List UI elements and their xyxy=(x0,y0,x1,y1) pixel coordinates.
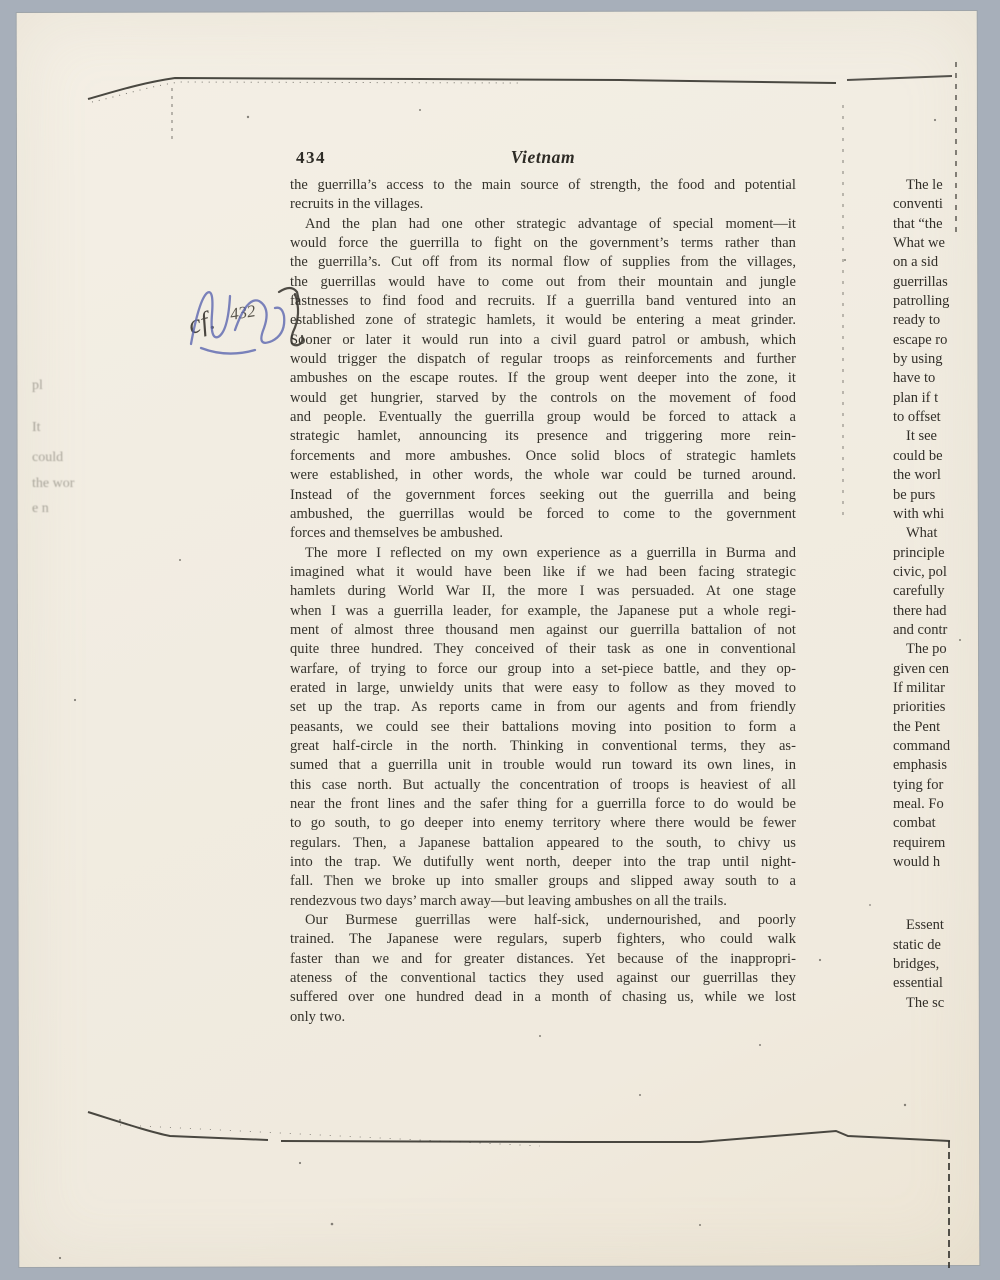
right-column-line: meal. Fo xyxy=(893,795,979,814)
right-column-line: The sc xyxy=(893,994,979,1013)
right-column-line: and contr xyxy=(893,621,979,640)
text-line: The more I reflected on my own experienc… xyxy=(290,544,796,563)
right-column-line: What xyxy=(893,524,979,543)
text-line: were established, in other words, the wh… xyxy=(290,466,796,485)
text-line: Sooner or later it would run into a civi… xyxy=(290,331,796,350)
right-column-line: plan if t xyxy=(893,389,979,408)
main-text-column: the guerrilla’s access to the main sourc… xyxy=(290,176,796,1027)
right-column-line: The po xyxy=(893,640,979,659)
text-line: fastnesses to find food and recruits. If… xyxy=(290,292,796,311)
right-column-line: given cen xyxy=(893,660,979,679)
text-line: great half-circle in the north. Thinking… xyxy=(290,737,796,756)
text-line: peasants, we could see their battalions … xyxy=(290,718,796,737)
running-title: Vietnam xyxy=(290,147,796,168)
right-column-line: tying for xyxy=(893,776,979,795)
right-column-line: on a sid xyxy=(893,253,979,272)
text-line: warfare, of trying to force our group in… xyxy=(290,660,796,679)
right-column-line: by using xyxy=(893,350,979,369)
text-line: suffered over one hundred dead in a mont… xyxy=(290,988,796,1007)
right-column-line: essential xyxy=(893,974,979,993)
text-line: And the plan had one other strategic adv… xyxy=(290,215,796,234)
text-line: and people. Eventually the guerrilla gro… xyxy=(290,408,796,427)
right-column-line: there had xyxy=(893,602,979,621)
right-column-line: be purs xyxy=(893,486,979,505)
right-column-line: combat xyxy=(893,814,979,833)
text-line: quite three hundred. They conceived of t… xyxy=(290,640,796,659)
right-column-line: guerrillas xyxy=(893,273,979,292)
handwritten-annotation: cf. 432 xyxy=(183,278,333,370)
text-line: this case north. But actually the concen… xyxy=(290,776,796,795)
right-column-line: have to xyxy=(893,369,979,388)
text-line: established zone of strategic hamlets, i… xyxy=(290,311,796,330)
text-line: imagined what it would have been like if… xyxy=(290,563,796,582)
text-line: near the front lines and the safer thing… xyxy=(290,795,796,814)
text-line: to go south, to go deeper into enemy ter… xyxy=(290,814,796,833)
right-column-line: civic, pol xyxy=(893,563,979,582)
text-line: strategic hamlet, announcing its presenc… xyxy=(290,427,796,446)
text-line: recruits in the villages. xyxy=(290,195,796,214)
right-column-line: Essent xyxy=(893,916,979,935)
text-line: Instead of the government forces seeking… xyxy=(290,486,796,505)
text-line: ateness of the conventional tactics they… xyxy=(290,969,796,988)
text-line: fall. Then we broke up into smaller grou… xyxy=(290,872,796,891)
text-line: into the trap. We dutifully went north, … xyxy=(290,853,796,872)
right-column-line: emphasis xyxy=(893,756,979,775)
right-column-line: conventi xyxy=(893,195,979,214)
text-line: regulars. Then, a Japanese battalion app… xyxy=(290,834,796,853)
text-line: the guerrillas would have to come out fr… xyxy=(290,273,796,292)
right-column-line: the Pent xyxy=(893,718,979,737)
right-column-line: escape ro xyxy=(893,331,979,350)
text-line: only two. xyxy=(290,1008,796,1027)
right-column-line: patrolling xyxy=(893,292,979,311)
right-column-line: the worl xyxy=(893,466,979,485)
right-column-line: priorities xyxy=(893,698,979,717)
text-line: trained. The Japanese were regulars, sup… xyxy=(290,930,796,949)
right-column-line: carefully xyxy=(893,582,979,601)
right-column-line: to offset xyxy=(893,408,979,427)
text-line: Our Burmese guerrillas were half-sick, u… xyxy=(290,911,796,930)
right-column-line: with whi xyxy=(893,505,979,524)
text-line: sumed that a guerrilla unit in trouble w… xyxy=(290,756,796,775)
text-line: set up the trap. As reports came in from… xyxy=(290,698,796,717)
text-line: hamlets during World War II, the more I … xyxy=(290,582,796,601)
text-line: forcements and more ambushes. Once solid… xyxy=(290,447,796,466)
text-line: would trigger the dispatch of regular tr… xyxy=(290,350,796,369)
right-column-line: could be xyxy=(893,447,979,466)
column-gap xyxy=(893,872,979,916)
right-column-line: It see xyxy=(893,427,979,446)
text-line: erated in large, unwieldy units that wer… xyxy=(290,679,796,698)
text-line: would force the guerrilla to fight on th… xyxy=(290,234,796,253)
text-line: ambushed, the guerrillas would be forced… xyxy=(290,505,796,524)
right-column-line: principle xyxy=(893,544,979,563)
text-line: ment of almost three thousand men agains… xyxy=(290,621,796,640)
right-column-line: requirem xyxy=(893,834,979,853)
right-column-line: would h xyxy=(893,853,979,872)
right-column-line: bridges, xyxy=(893,955,979,974)
text-line: the guerrilla’s access to the main sourc… xyxy=(290,176,796,195)
text-line: the guerrilla’s. Cut off from its normal… xyxy=(290,253,796,272)
text-line: when I was a guerrilla leader, for examp… xyxy=(290,602,796,621)
right-column-line: If militar xyxy=(893,679,979,698)
right-column-line: ready to xyxy=(893,311,979,330)
text-line: ambushes on the escape routes. If the gr… xyxy=(290,369,796,388)
screenshot-root: 434 Vietnam the guerrilla’s access to th… xyxy=(0,0,1000,1280)
right-column-line: static de xyxy=(893,936,979,955)
right-page-column: The leconventithat “theWhat weon a sidgu… xyxy=(893,176,979,1013)
right-column-line: What we xyxy=(893,234,979,253)
text-line: forces and themselves be ambushed. xyxy=(290,524,796,543)
text-line: would get hungrier, starved by the contr… xyxy=(290,389,796,408)
black-ink-bracket-mark xyxy=(279,288,303,345)
right-column-line: that “the xyxy=(893,215,979,234)
text-line: faster than we and for greater distances… xyxy=(290,950,796,969)
right-column-line: command xyxy=(893,737,979,756)
text-line: rendezvous two days’ march away—but leav… xyxy=(290,892,796,911)
right-column-line: The le xyxy=(893,176,979,195)
